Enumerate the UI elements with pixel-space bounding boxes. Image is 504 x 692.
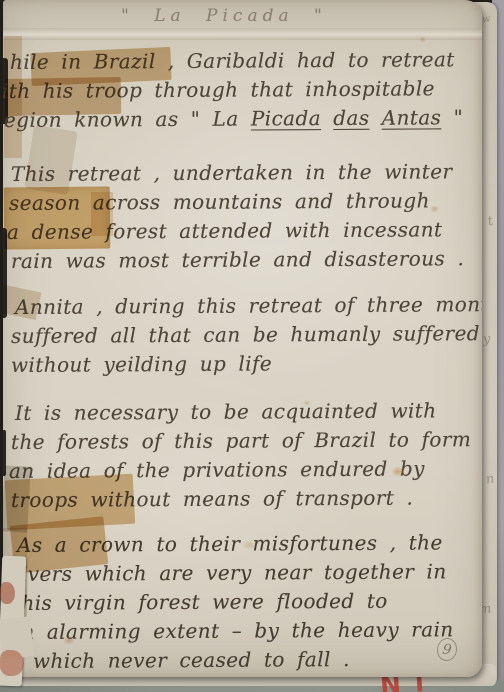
handwritten-line: an alarming extent – by the heavy rain bbox=[9, 615, 481, 647]
handwritten-line: the forests of this part of Brazil to fo… bbox=[11, 425, 481, 457]
adjacent-page-ink-fragment: t bbox=[486, 214, 494, 230]
handwritten-paragraph: It is necessary to be acquainted withthe… bbox=[9, 399, 481, 515]
handwritten-line: hile in Brazil , Garibaldi had to retrea… bbox=[10, 45, 481, 77]
handwritten-line: a dense forest attended with incessant bbox=[7, 215, 481, 247]
handwritten-line: Annita , during this retreat of three mo… bbox=[15, 290, 481, 322]
handwritten-paragraph: hile in Brazil , Garibaldi had to retrea… bbox=[9, 48, 481, 135]
handwritten-line: egion known as " La Picada das Antas " bbox=[4, 103, 481, 135]
red-blotch bbox=[0, 582, 15, 604]
handwritten-line: This retreat , undertaken in the winter bbox=[11, 157, 481, 189]
adjacent-page-ink-fragment: y bbox=[482, 332, 491, 348]
handwritten-line: without yeilding up life bbox=[11, 348, 481, 380]
handwritten-paragraph: As a crown to their misfortunes , theriv… bbox=[9, 531, 481, 676]
adjacent-page-ink-fragment: n bbox=[484, 471, 495, 487]
handwritten-line: this virgin forest were flooded to bbox=[13, 586, 481, 618]
handwritten-line: As a crown to their misfortunes , the bbox=[17, 528, 481, 560]
handwritten-line: rain was most terrible and disasterous . bbox=[11, 244, 481, 276]
handwritten-paragraph: Annita , during this retreat of three mo… bbox=[9, 293, 481, 380]
handwritten-line: an idea of the privations endured by bbox=[9, 454, 481, 486]
handwritten-line: season across mountains and through bbox=[9, 186, 481, 218]
handwritten-paragraph: This retreat , undertaken in the winters… bbox=[9, 160, 481, 276]
handwritten-line: rivers which are very near together in bbox=[11, 557, 481, 589]
adjacent-page-ink-fragment: w bbox=[482, 13, 492, 25]
fold-crease bbox=[3, 28, 482, 40]
handwritten-line: troops without means of transport . bbox=[11, 483, 481, 515]
handwritten-line: which never ceased to fall . bbox=[33, 644, 481, 676]
torn-edge-gap bbox=[3, 430, 6, 476]
handwritten-line: ith his troop through that inhospitable bbox=[3, 74, 481, 106]
page-title: " La Picada " bbox=[121, 6, 327, 26]
handwritten-line: It is necessary to be acquainted with bbox=[15, 396, 481, 428]
handwritten-line: suffered all that can be humanly suffere… bbox=[11, 319, 481, 351]
red-blotch bbox=[0, 650, 24, 676]
manuscript-page: " La Picada " hile in Brazil , Garibaldi… bbox=[3, 0, 482, 677]
manuscript-scan: wtynm NT " La Picada " hile in Brazil , … bbox=[0, 0, 504, 692]
